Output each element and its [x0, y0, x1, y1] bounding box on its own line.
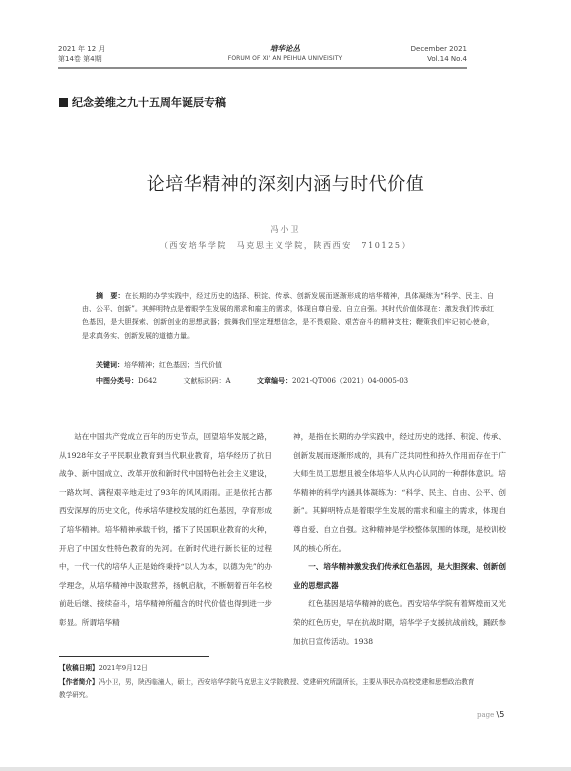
- footnote: 【收稿日期】2021年9月12日 【作者简介】冯小卫，男，陕西临潼人，硕士，西安…: [59, 662, 479, 703]
- issue-volume-cn: 第14卷 第4期: [58, 54, 105, 64]
- footnote-divider: [59, 656, 209, 657]
- clc-value: D642: [138, 377, 157, 385]
- article-title: 论培华精神的深刻内涵与时代价值: [0, 170, 571, 196]
- issue-volume-en: Vol.14 No.4: [411, 54, 467, 64]
- clc-label: 中图分类号：: [96, 377, 138, 385]
- page-bottom-edge: [0, 767, 571, 771]
- page-prefix: page: [477, 711, 494, 719]
- body-paragraph: 站在中国共产党成立百年的历史节点，回望培华发展之路，从1928年女子平民职业教育…: [59, 428, 272, 633]
- keywords-label: 关键词：: [96, 361, 124, 369]
- issue-date-en: December 2021: [411, 44, 467, 54]
- doc-code-value: A: [225, 377, 230, 385]
- article-no-value: 2021-QT006（2021）04-0005-03: [292, 377, 408, 385]
- header-divider: [58, 67, 467, 69]
- doc-code-label: 文献标识码：: [183, 377, 225, 385]
- column-tag: 纪念姜维之九十五周年诞辰专稿: [59, 94, 226, 110]
- column-tag-label: 纪念姜维之九十五周年诞辰专稿: [72, 94, 226, 110]
- received-value: 2021年9月12日: [99, 664, 148, 672]
- abstract-text: 在长期的办学实践中，经过历史的选择、积淀、传承、创新发展而逐渐形成的培华精神，具…: [82, 292, 494, 340]
- author-bio-text: 冯小卫，男，陕西临潼人，硕士，西安培华学院马克思主义学院教授、党建研究所副所长，…: [59, 678, 474, 700]
- received-label: 【收稿日期】: [59, 664, 99, 672]
- body-paragraph: 神，是指在长期的办学实践中，经过历史的选择、积淀、传承、创新发展而逐渐形成的，具…: [293, 428, 506, 558]
- square-bullet-icon: [59, 98, 68, 107]
- header-left: 2021 年 12 月 第14卷 第4期: [58, 44, 105, 64]
- abstract-label: 摘 要：: [96, 292, 125, 300]
- author-bio-label: 【作者简介】: [59, 678, 99, 686]
- keywords-text: 培华精神；红色基因；当代价值: [124, 361, 222, 369]
- received-date: 【收稿日期】2021年9月12日: [59, 662, 479, 676]
- keywords: 关键词：培华精神；红色基因；当代价值: [96, 359, 508, 372]
- header-right: December 2021 Vol.14 No.4: [411, 44, 467, 64]
- author-affiliation: （西安培华学院 马克思主义学院，陕西西安 710125）: [0, 240, 571, 251]
- page-number: page \5: [477, 710, 504, 719]
- body-paragraph: 红色基因是培华精神的底色。西安培华学院有着辉煌而又光荣的红色历史，早在抗战时期，…: [293, 595, 506, 651]
- body-column-right: 神，是指在长期的办学实践中，经过历史的选择、积淀、传承、创新发展而逐渐形成的，具…: [293, 428, 506, 651]
- journal-name-cn: 培华论丛: [185, 44, 385, 54]
- author-bio: 【作者简介】冯小卫，男，陕西临潼人，硕士，西安培华学院马克思主义学院教授、党建研…: [59, 676, 479, 703]
- article-no-label: 文章编号：: [257, 377, 292, 385]
- section-heading: 一、培华精神激发我们传承红色基因，是大胆探索、创新创业的思想武器: [293, 558, 506, 595]
- classification-line: 中图分类号：D642 文献标识码：A 文章编号：2021-QT006（2021）…: [96, 375, 408, 388]
- page-number-value: 5: [499, 710, 504, 719]
- header-center: 培华论丛 FORUM OF XI' AN PEIHUA UNIVEISITY: [185, 44, 385, 64]
- abstract: 摘 要：在长期的办学实践中，经过历史的选择、积淀、传承、创新发展而逐渐形成的培华…: [82, 290, 494, 343]
- article-author: 冯小卫: [0, 224, 571, 235]
- issue-date-cn: 2021 年 12 月: [58, 44, 105, 54]
- journal-name-en: FORUM OF XI' AN PEIHUA UNIVEISITY: [185, 54, 385, 64]
- body-column-left: 站在中国共产党成立百年的历史节点，回望培华发展之路，从1928年女子平民职业教育…: [59, 428, 272, 633]
